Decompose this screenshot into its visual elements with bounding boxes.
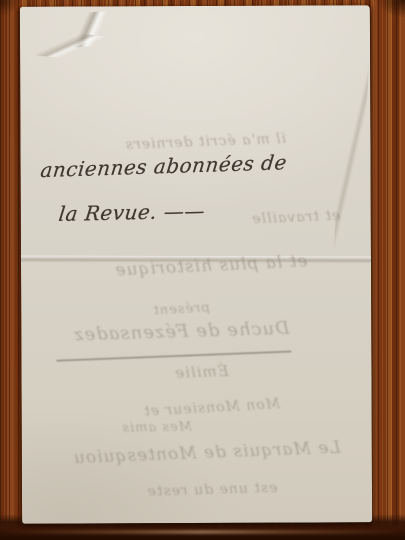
- ghost-handwriting-line: Le Marquis de Montesquiou: [62, 437, 353, 468]
- handwriting-line-2: la Revue. ——: [57, 199, 206, 226]
- ghost-handwriting-line: Émilie: [106, 359, 297, 384]
- letter-paper: il m'a écrit derniers anciennes abonnées…: [20, 5, 372, 524]
- wood-reflection-streak: [0, 530, 405, 534]
- ghost-handwriting-line: présent: [116, 298, 247, 320]
- ghost-handwriting-line: Duche de Fézensadez: [46, 317, 317, 346]
- ghost-handwriting-line: et la plus historique: [61, 249, 362, 283]
- ghost-handwriting-line: Mes amis: [52, 418, 262, 438]
- ghost-handwriting-line: il m'a écrit derniers: [55, 128, 355, 156]
- ghost-handwriting-line: est une du reste: [107, 479, 317, 501]
- letter-photo: il m'a écrit derniers anciennes abonnées…: [0, 0, 405, 540]
